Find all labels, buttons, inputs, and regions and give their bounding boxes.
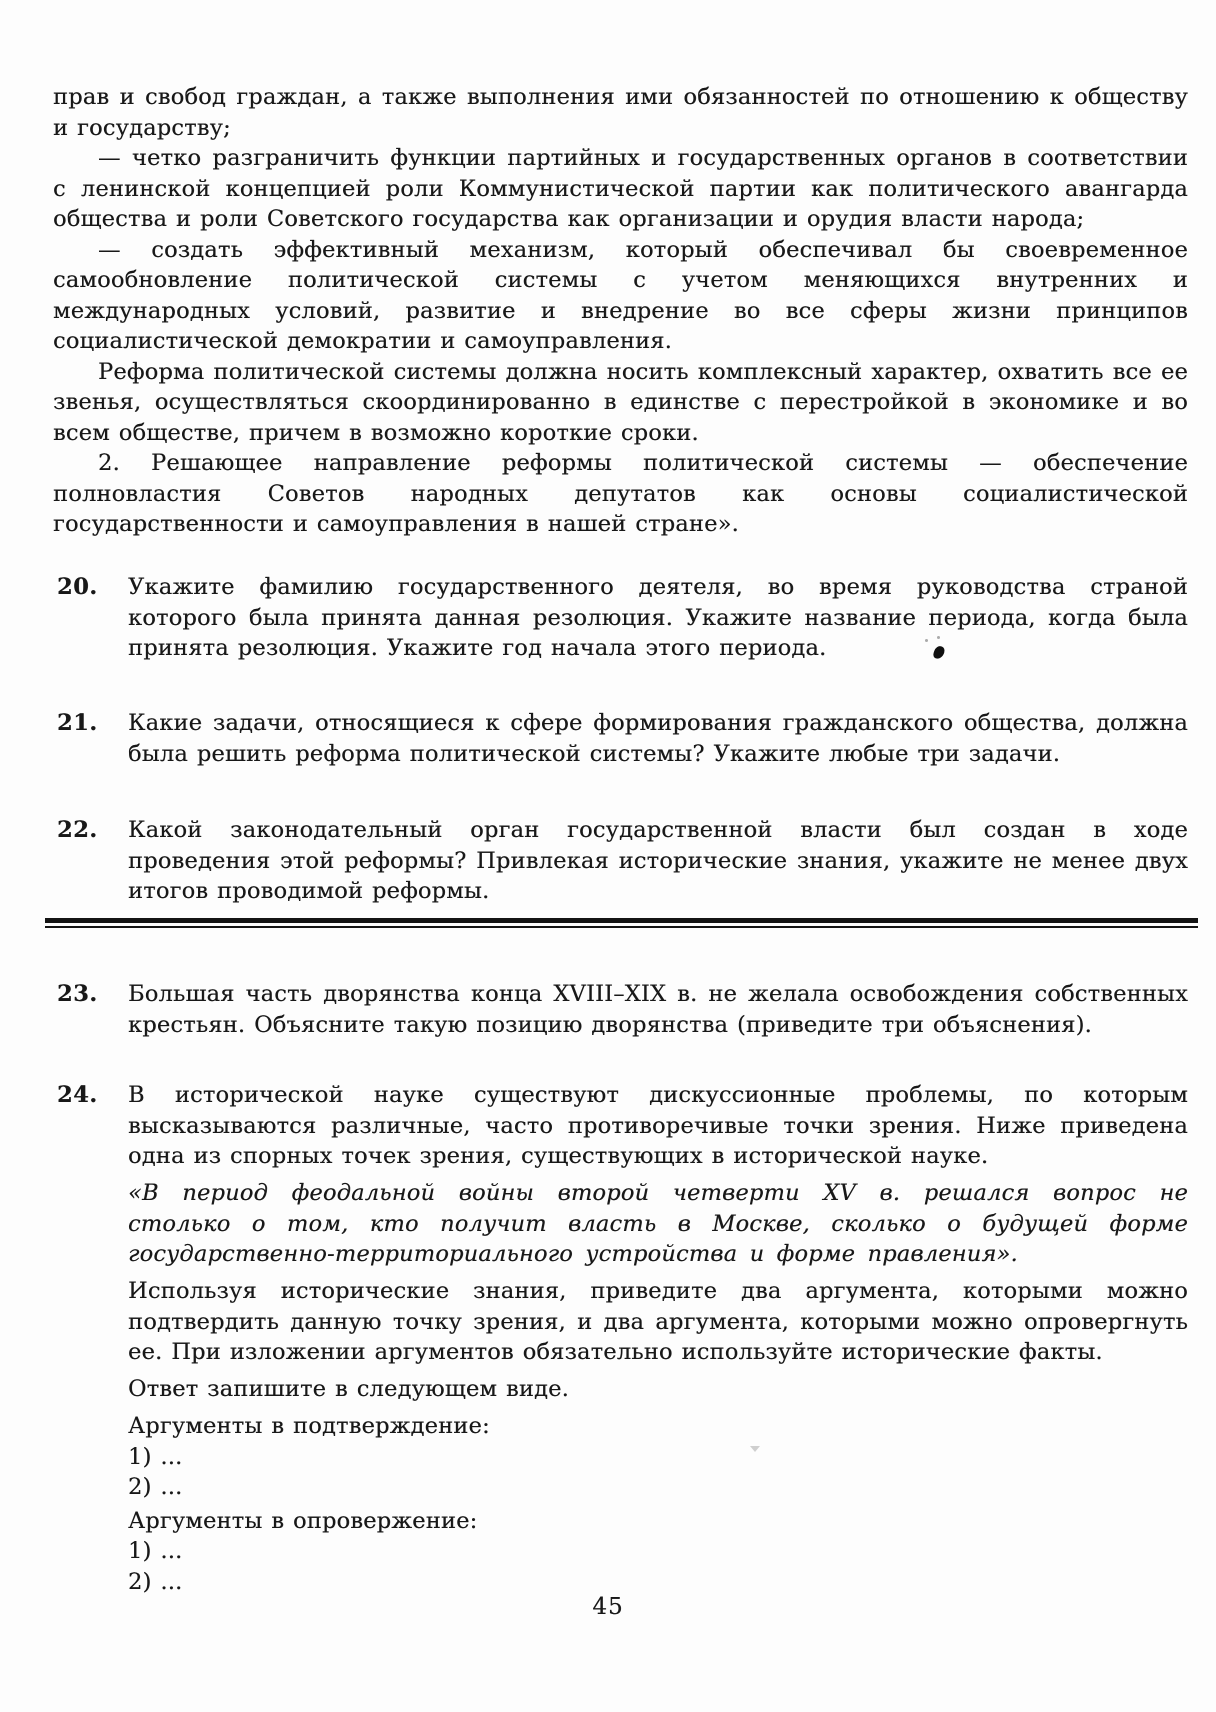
question-text: Большая часть дворянства конца XVIII–XIX…	[128, 979, 1188, 1040]
question-24: 24. В исторической науке существуют диск…	[53, 1080, 1188, 1597]
argument-line: 1) ...	[128, 1442, 1188, 1473]
excerpt-paragraph: — четко разграничить функции партийных и…	[53, 143, 1188, 235]
question-intro: В исторической науке существуют дискусси…	[128, 1080, 1188, 1172]
question-body: В исторической науке существуют дискусси…	[128, 1080, 1188, 1597]
question-20: 20. Укажите фамилию государственного дея…	[53, 572, 1188, 664]
question-number: 21.	[53, 708, 128, 739]
page-number: 45	[0, 1592, 1216, 1623]
question-number: 22.	[53, 815, 128, 846]
question-task: Используя исторические знания, приведите…	[128, 1276, 1188, 1368]
question-22: 22. Какой законодательный орган государс…	[53, 815, 1188, 907]
question-number: 20.	[53, 572, 128, 603]
question-text: Какие задачи, относящиеся к сфере формир…	[128, 708, 1188, 769]
pro-arguments-heading: Аргументы в подтверждение:	[128, 1411, 1188, 1442]
smudge-artifact	[750, 1446, 760, 1452]
question-number: 24.	[53, 1080, 128, 1111]
question-body: Какие задачи, относящиеся к сфере формир…	[128, 708, 1188, 769]
argument-line: 2) ...	[128, 1472, 1188, 1503]
question-text: Какой законодательный орган государствен…	[128, 815, 1188, 907]
speck-artifact	[937, 636, 940, 639]
excerpt-paragraph: 2. Решающее направление реформы политиче…	[53, 448, 1188, 540]
excerpt-paragraph: — создать эффективный механизм, который …	[53, 235, 1188, 357]
excerpt-paragraph: прав и свобод граждан, а также выполнени…	[53, 82, 1188, 143]
question-23: 23. Большая часть дворянства конца XVIII…	[53, 979, 1188, 1040]
excerpt-paragraph: Реформа политической системы должна носи…	[53, 357, 1188, 449]
question-21: 21. Какие задачи, относящиеся к сфере фо…	[53, 708, 1188, 769]
discussion-quote: «В период феодальной войны второй четвер…	[128, 1178, 1188, 1270]
section-divider	[45, 918, 1198, 928]
question-body: Какой законодательный орган государствен…	[128, 815, 1188, 907]
con-arguments-heading: Аргументы в опровержение:	[128, 1506, 1188, 1537]
question-body: Укажите фамилию государственного деятеля…	[128, 572, 1188, 664]
document-page: прав и свобод граждан, а также выполнени…	[0, 0, 1216, 1712]
argument-line: 1) ...	[128, 1536, 1188, 1567]
question-number: 23.	[53, 979, 128, 1010]
speck-artifact	[925, 639, 928, 642]
question-body: Большая часть дворянства конца XVIII–XIX…	[128, 979, 1188, 1040]
question-text: Укажите фамилию государственного деятеля…	[128, 572, 1188, 664]
answer-format-note: Ответ запишите в следующем виде.	[128, 1374, 1188, 1405]
source-excerpt: прав и свобод граждан, а также выполнени…	[53, 82, 1188, 540]
